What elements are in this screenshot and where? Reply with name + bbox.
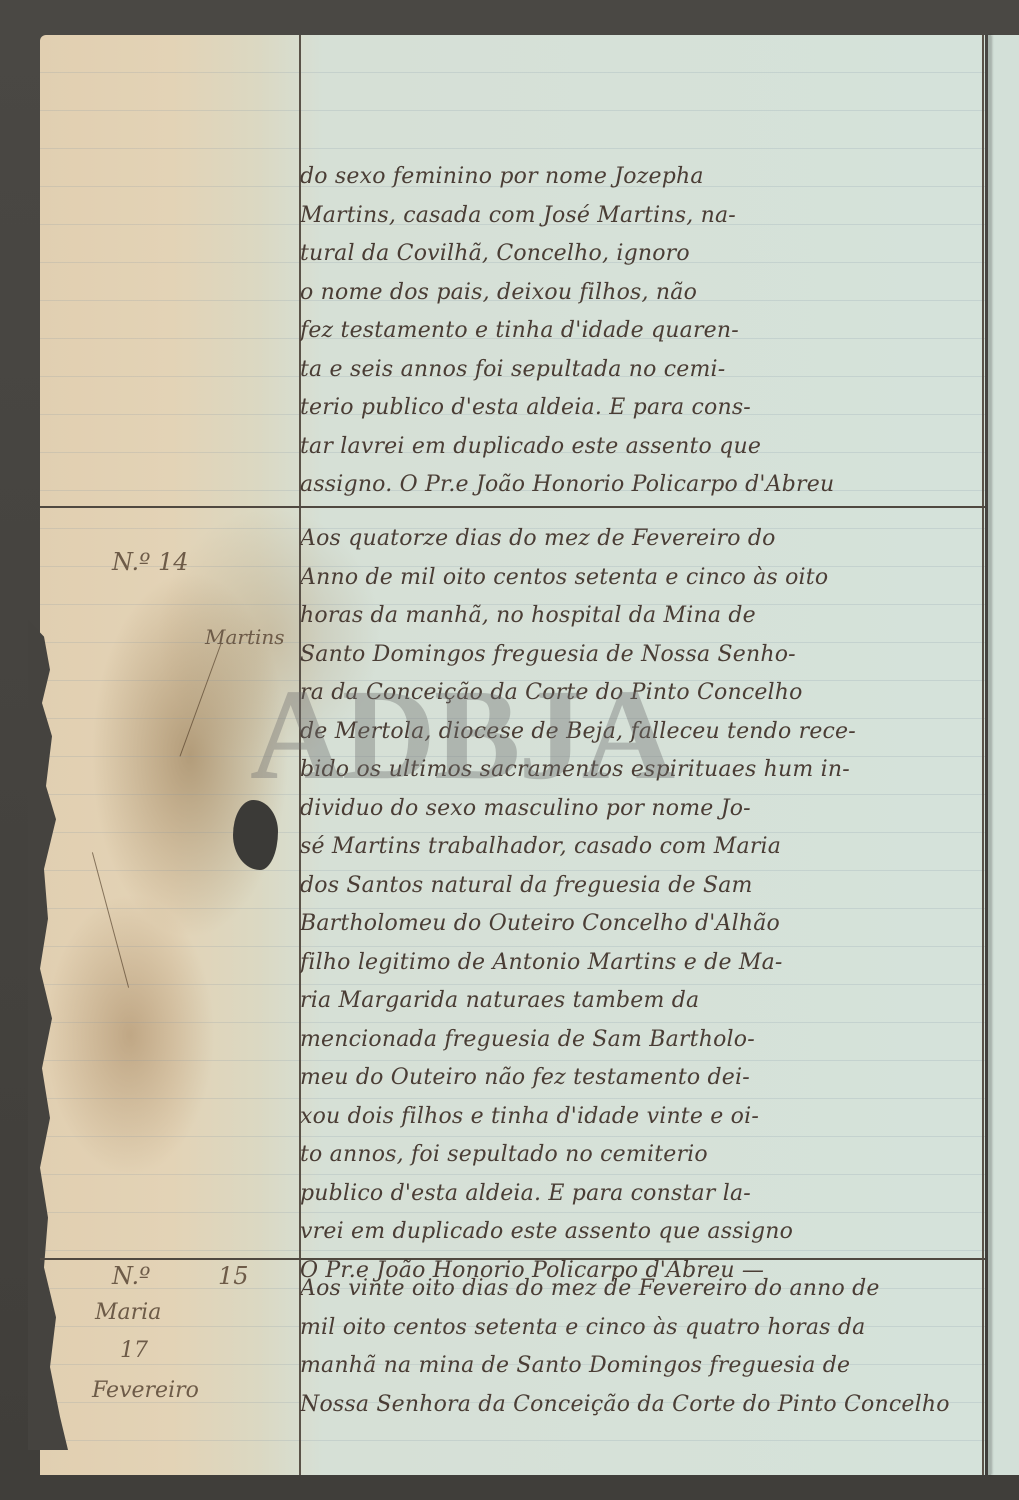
margin-age: 17: [120, 1338, 148, 1363]
page-fold: [988, 35, 991, 1475]
entry-line: Aos vinte oito dias do mez de Fevereiro …: [300, 1270, 980, 1309]
entry-line: do sexo feminino por nome Jozepha: [300, 158, 980, 197]
adjacent-page-edge: [991, 35, 1019, 1475]
entry-line: publico d'esta aldeia. E para constar la…: [300, 1175, 980, 1214]
entry-line: ta e seis annos foi sepultada no cemi-: [300, 351, 980, 390]
entry-number-value: 14: [158, 548, 189, 576]
entry-line: meu do Outeiro não fez testamento dei-: [300, 1059, 980, 1098]
entry-line: Nossa Senhora da Conceição da Corte do P…: [300, 1386, 980, 1425]
paper-hole: [233, 800, 278, 870]
entry-line: vrei em duplicado este assento que assig…: [300, 1213, 980, 1252]
archive-watermark: ADBJA: [250, 660, 673, 810]
entry-line: ria Margarida naturaes tambem da: [300, 982, 980, 1021]
entry-line: terio publico d'esta aldeia. E para cons…: [300, 389, 980, 428]
entry-line: horas da manhã, no hospital da Mina de: [300, 597, 980, 636]
entry-number: N.º 15: [112, 1262, 249, 1290]
entry-line: dos Santos natural da freguesia de Sam: [300, 867, 980, 906]
entry-line: Anno de mil oito centos setenta e cinco …: [300, 559, 980, 598]
entry-number-value: 15: [218, 1262, 249, 1290]
margin-surname: Martins: [205, 625, 285, 649]
entry-line: filho legitimo de Antonio Martins e de M…: [300, 944, 980, 983]
entry-line: xou dois filhos e tinha d'idade vinte e …: [300, 1098, 980, 1137]
entry-line: tar lavrei em duplicado este assento que: [300, 428, 980, 467]
entry-line: Martins, casada com José Martins, na-: [300, 197, 980, 236]
register-entry-14: Aos quatorze dias do mez de Fevereiro do…: [300, 520, 980, 1290]
entry-line: manhã na mina de Santo Domingos freguesi…: [300, 1347, 980, 1386]
entry-line: Aos quatorze dias do mez de Fevereiro do: [300, 520, 980, 559]
entry-line: Bartholomeu do Outeiro Concelho d'Alhão: [300, 905, 980, 944]
entry-line: o nome dos pais, deixou filhos, não: [300, 274, 980, 313]
entry-line: sé Martins trabalhador, casado com Maria: [300, 828, 980, 867]
entry-line: mil oito centos setenta e cinco às quatr…: [300, 1309, 980, 1348]
margin-extra: Fevereiro: [92, 1378, 199, 1403]
margin-name: Maria: [95, 1300, 161, 1325]
entry-divider: [40, 506, 985, 508]
entry-line: mencionada freguesia de Sam Bartholo-: [300, 1021, 980, 1060]
entry-signature: assigno. O Pr.e João Honorio Policarpo d…: [300, 466, 980, 505]
register-entry-15: Aos vinte oito dias do mez de Fevereiro …: [300, 1270, 980, 1424]
entry-line: to annos, foi sepultado no cemiterio: [300, 1136, 980, 1175]
entry-line: tural da Covilhã, Concelho, ignoro: [300, 235, 980, 274]
entry-line: fez testamento e tinha d'idade quaren-: [300, 312, 980, 351]
register-entry-continued: do sexo feminino por nome Jozepha Martin…: [300, 158, 980, 505]
entry-number: N.º 14: [112, 548, 189, 576]
